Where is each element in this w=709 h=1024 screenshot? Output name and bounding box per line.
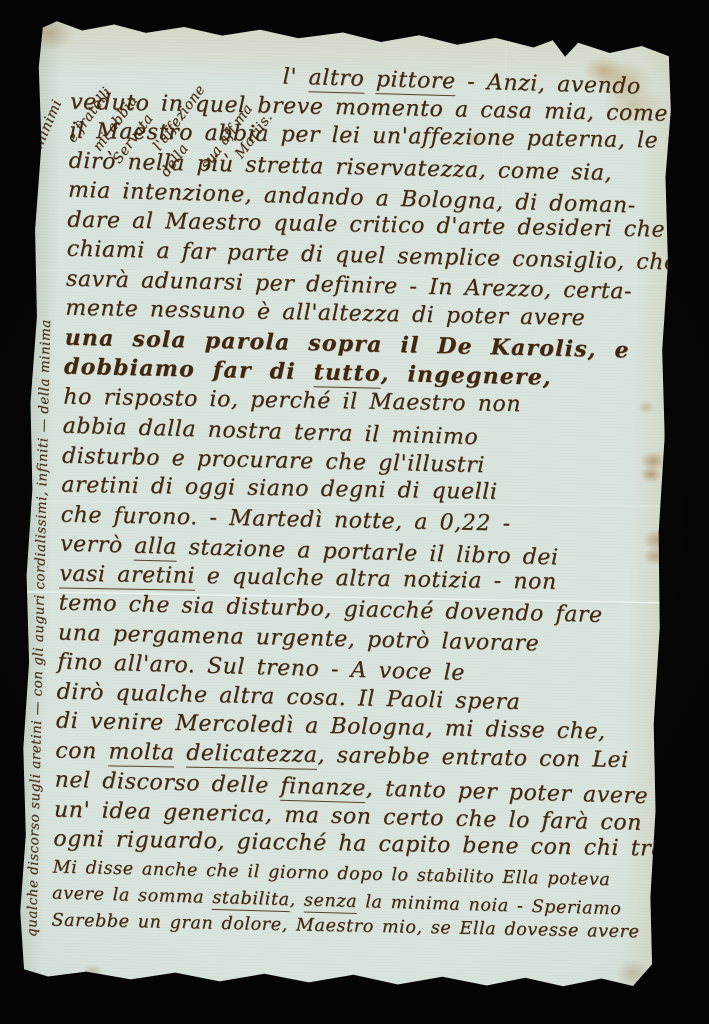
letter-paper: minimie fratellimi abbiaServatal'affezio… (16, 19, 674, 993)
underlined-word: senza (304, 890, 358, 913)
underlined-word: stabilita (212, 888, 290, 912)
letter-body: l' altro pittore - Anzi, avendoveduto in… (51, 58, 659, 947)
underlined-word: molta (108, 739, 175, 767)
underlined-word: tutto (313, 359, 381, 389)
underlined-word: vasi aretini (59, 561, 195, 590)
underlined-word: delicatezza (186, 740, 318, 769)
underlined-word: altro (308, 65, 364, 94)
underlined-word: pittore (376, 67, 457, 96)
underlined-word: finanze (280, 774, 366, 803)
underlined-word: alla (134, 534, 177, 562)
